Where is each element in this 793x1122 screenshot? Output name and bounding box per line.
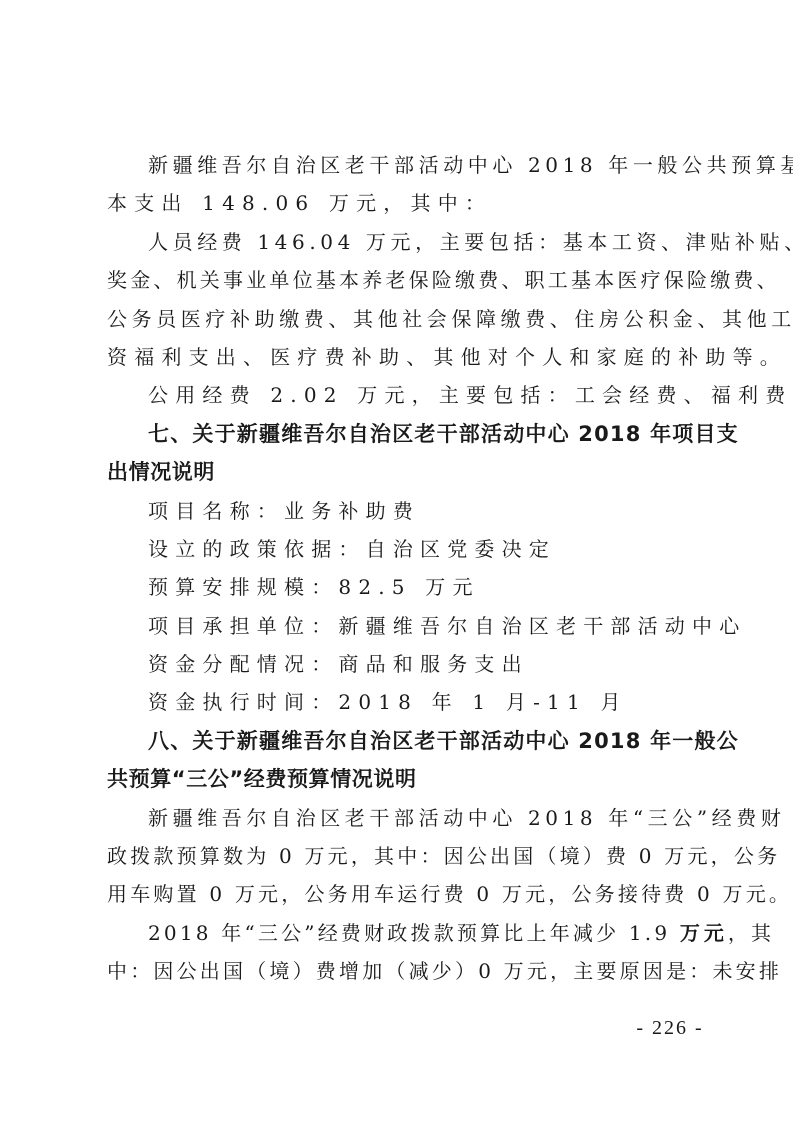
paragraph-line: 2018 年“三公”经费财政拨款预算比上年减少 1.9 万元，其 [107, 914, 697, 952]
fund-allocation: 资金分配情况：商品和服务支出 [107, 645, 697, 683]
section-heading-7: 七、关于新疆维吾尔自治区老干部活动中心 2018 年项目支 [107, 415, 697, 453]
text-segment: 2018 年“三公”经费财政拨款预算比上年减少 1.9 [148, 921, 680, 945]
paragraph-line: 奖金、机关事业单位基本养老保险缴费、职工基本医疗保险缴费、 [107, 261, 697, 299]
paragraph-line: 本支出 148.06 万元，其中： [107, 184, 697, 222]
paragraph-line: 新疆维吾尔自治区老干部活动中心 2018 年“三公”经费财 [107, 799, 697, 837]
section-heading-8: 八、关于新疆维吾尔自治区老干部活动中心 2018 年一般公 [107, 722, 697, 760]
paragraph-line: 政拨款预算数为 0 万元，其中：因公出国（境）费 0 万元，公务 [107, 837, 697, 875]
paragraph-line: 中：因公出国（境）费增加（减少）0 万元，主要原因是：未安排 [107, 952, 697, 990]
execution-time: 资金执行时间：2018 年 1 月-11 月 [107, 683, 697, 721]
undertaking-unit: 项目承担单位：新疆维吾尔自治区老干部活动中心 [107, 607, 697, 645]
document-page: 新疆维吾尔自治区老干部活动中心 2018 年一般公共预算基 本支出 148.06… [0, 0, 793, 1122]
bold-text-segment: 万元 [680, 921, 728, 945]
section-heading-8-continued: 共预算“三公”经费预算情况说明 [107, 760, 697, 798]
paragraph-line: 新疆维吾尔自治区老干部活动中心 2018 年一般公共预算基 [107, 146, 697, 184]
policy-basis: 设立的政策依据：自治区党委决定 [107, 530, 697, 568]
project-name: 项目名称：业务补助费 [107, 492, 697, 530]
paragraph-line: 人员经费 146.04 万元，主要包括：基本工资、津贴补贴、 [107, 223, 697, 261]
page-number: - 226 - [630, 1017, 710, 1040]
text-segment: ，其 [728, 921, 774, 945]
paragraph-line: 资福利支出、医疗费补助、其他对个人和家庭的补助等。 [107, 338, 697, 376]
budget-scale: 预算安排规模：82.5 万元 [107, 568, 697, 606]
paragraph-line: 用车购置 0 万元，公务用车运行费 0 万元，公务接待费 0 万元。 [107, 875, 697, 913]
section-heading-7-continued: 出情况说明 [107, 453, 697, 491]
paragraph-line: 公用经费 2.02 万元，主要包括：工会经费、福利费。 [107, 376, 697, 414]
document-body: 新疆维吾尔自治区老干部活动中心 2018 年一般公共预算基 本支出 148.06… [107, 146, 697, 991]
paragraph-line: 公务员医疗补助缴费、其他社会保障缴费、住房公积金、其他工 [107, 300, 697, 338]
